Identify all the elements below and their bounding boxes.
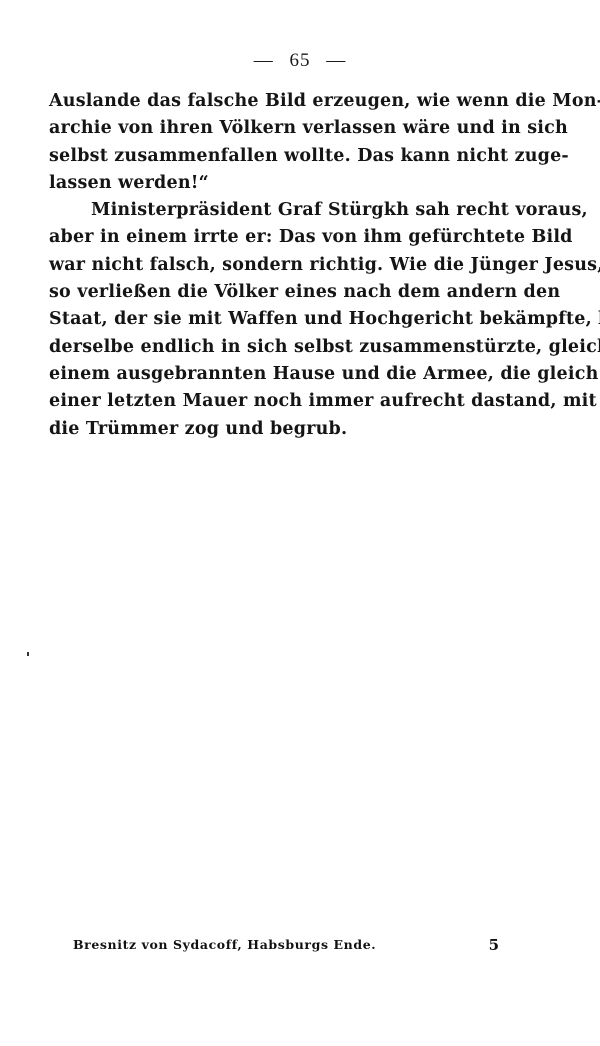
- text-line: so verließen die Völker eines nach dem a…: [49, 279, 547, 306]
- text-line: einer letzten Mauer noch immer aufrecht …: [49, 388, 547, 415]
- sheet-mark: 5: [489, 936, 499, 954]
- paragraph-2: Ministerpräsident Graf Stürgkh sah recht…: [49, 197, 547, 443]
- text-line: selbst zusammenfallen wollte. Das kann n…: [49, 143, 547, 170]
- signature-line: Bresnitz von Sydacoff, Habsburgs Ende.: [73, 937, 376, 952]
- text-line: einem ausgebrannten Hause und die Armee,…: [49, 361, 547, 388]
- text-line: Auslande das falsche Bild erzeugen, wie …: [49, 88, 547, 115]
- book-page: — 65 — Auslande das falsche Bild erzeuge…: [0, 0, 600, 1046]
- text-line: lassen werden!“: [49, 170, 547, 197]
- page-number-dash-left: —: [254, 50, 274, 72]
- page-footer: Bresnitz von Sydacoff, Habsburgs Ende. 5: [73, 937, 499, 959]
- paragraph-1: Auslande das falsche Bild erzeugen, wie …: [49, 88, 547, 197]
- page-number-dash-right: —: [326, 50, 346, 72]
- text-line: Staat, der sie mit Waffen und Hochgerich…: [49, 306, 547, 333]
- text-line: Ministerpräsident Graf Stürgkh sah recht…: [49, 197, 547, 224]
- text-line: war nicht falsch, sondern richtig. Wie d…: [49, 252, 547, 279]
- text-line: die Trümmer zog und begrub.: [49, 416, 547, 443]
- page-number-header: — 65 —: [0, 50, 600, 72]
- body-text: Auslande das falsche Bild erzeugen, wie …: [49, 88, 547, 443]
- page-number: 65: [290, 50, 311, 71]
- print-speck: [27, 652, 29, 656]
- text-line: aber in einem irrte er: Das von ihm gefü…: [49, 224, 547, 251]
- text-line: derselbe endlich in sich selbst zusammen…: [49, 334, 547, 361]
- text-line: archie von ihren Völkern verlassen wäre …: [49, 115, 547, 142]
